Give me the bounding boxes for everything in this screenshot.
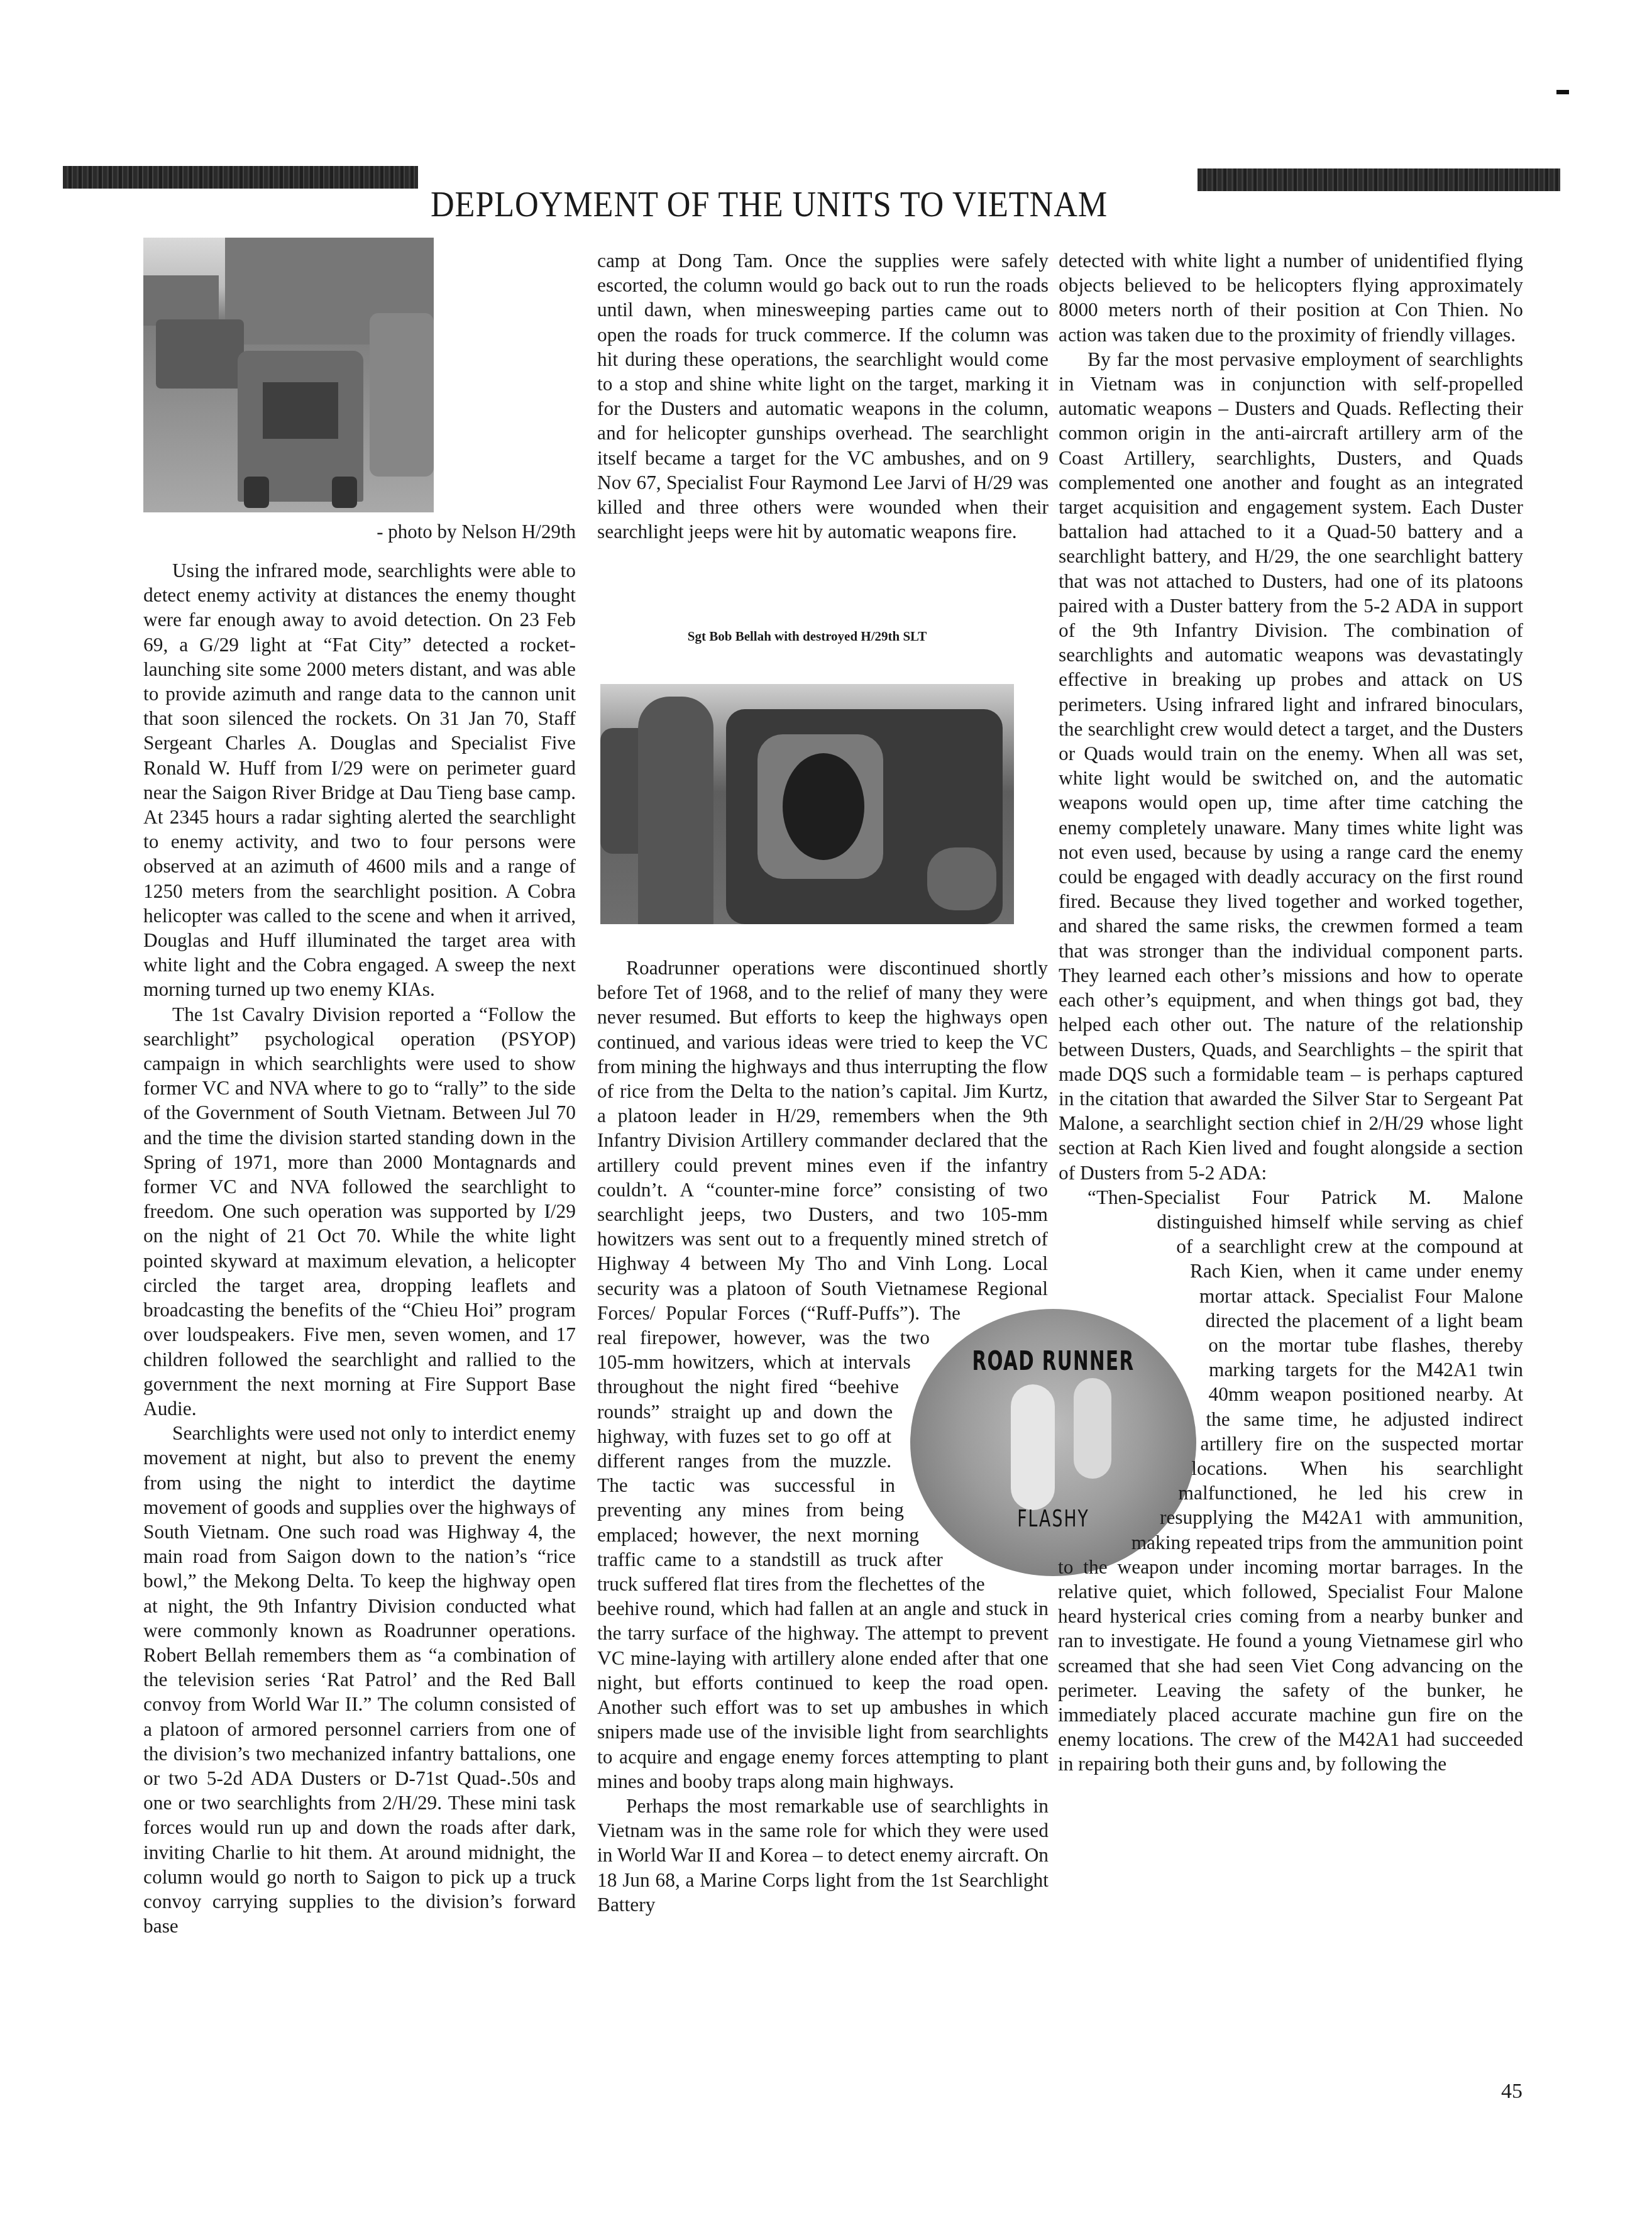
header-band-left [63,166,418,189]
roadrunner-figure-icon [1011,1384,1055,1510]
paragraph: Searchlights were used not only to inter… [143,1421,576,1938]
photo-searchlight-jeeps [143,238,434,512]
text-column-1: Using the infrared mode, searchlights we… [143,558,576,1938]
photo-destroyed-searchlight [600,684,1014,924]
paragraph: Perhaps the most remarkable use of searc… [597,1794,1049,1917]
photo1-caption: - photo by Nelson H/29th [143,521,576,543]
paragraph: camp at Dong Tam. Once the supplies were… [597,248,1049,544]
paragraph: detected with white light a number of un… [1058,248,1523,347]
section-title: DEPLOYMENT OF THE UNITS TO VIETNAM [431,184,1108,224]
text-column-3: detected with white light a number of un… [1058,248,1523,1777]
badge-wrap-spacer [1048,956,1049,1301]
paragraph: Using the infrared mode, searchlights we… [143,558,576,1002]
text-column-2-top: camp at Dong Tam. Once the supplies were… [597,248,1049,544]
page-edge-mark [1556,90,1569,94]
paragraph: The 1st Cavalry Division reported a “Fol… [143,1002,576,1421]
photo2-caption: Sgt Bob Bellah with destroyed H/29th SLT [600,629,1014,644]
paragraph: By far the most pervasive employment of … [1058,347,1523,1185]
page-number: 45 [1501,2080,1523,2104]
header-band-right [1198,168,1560,191]
section-header: DEPLOYMENT OF THE UNITS TO VIETNAM [63,162,1560,197]
